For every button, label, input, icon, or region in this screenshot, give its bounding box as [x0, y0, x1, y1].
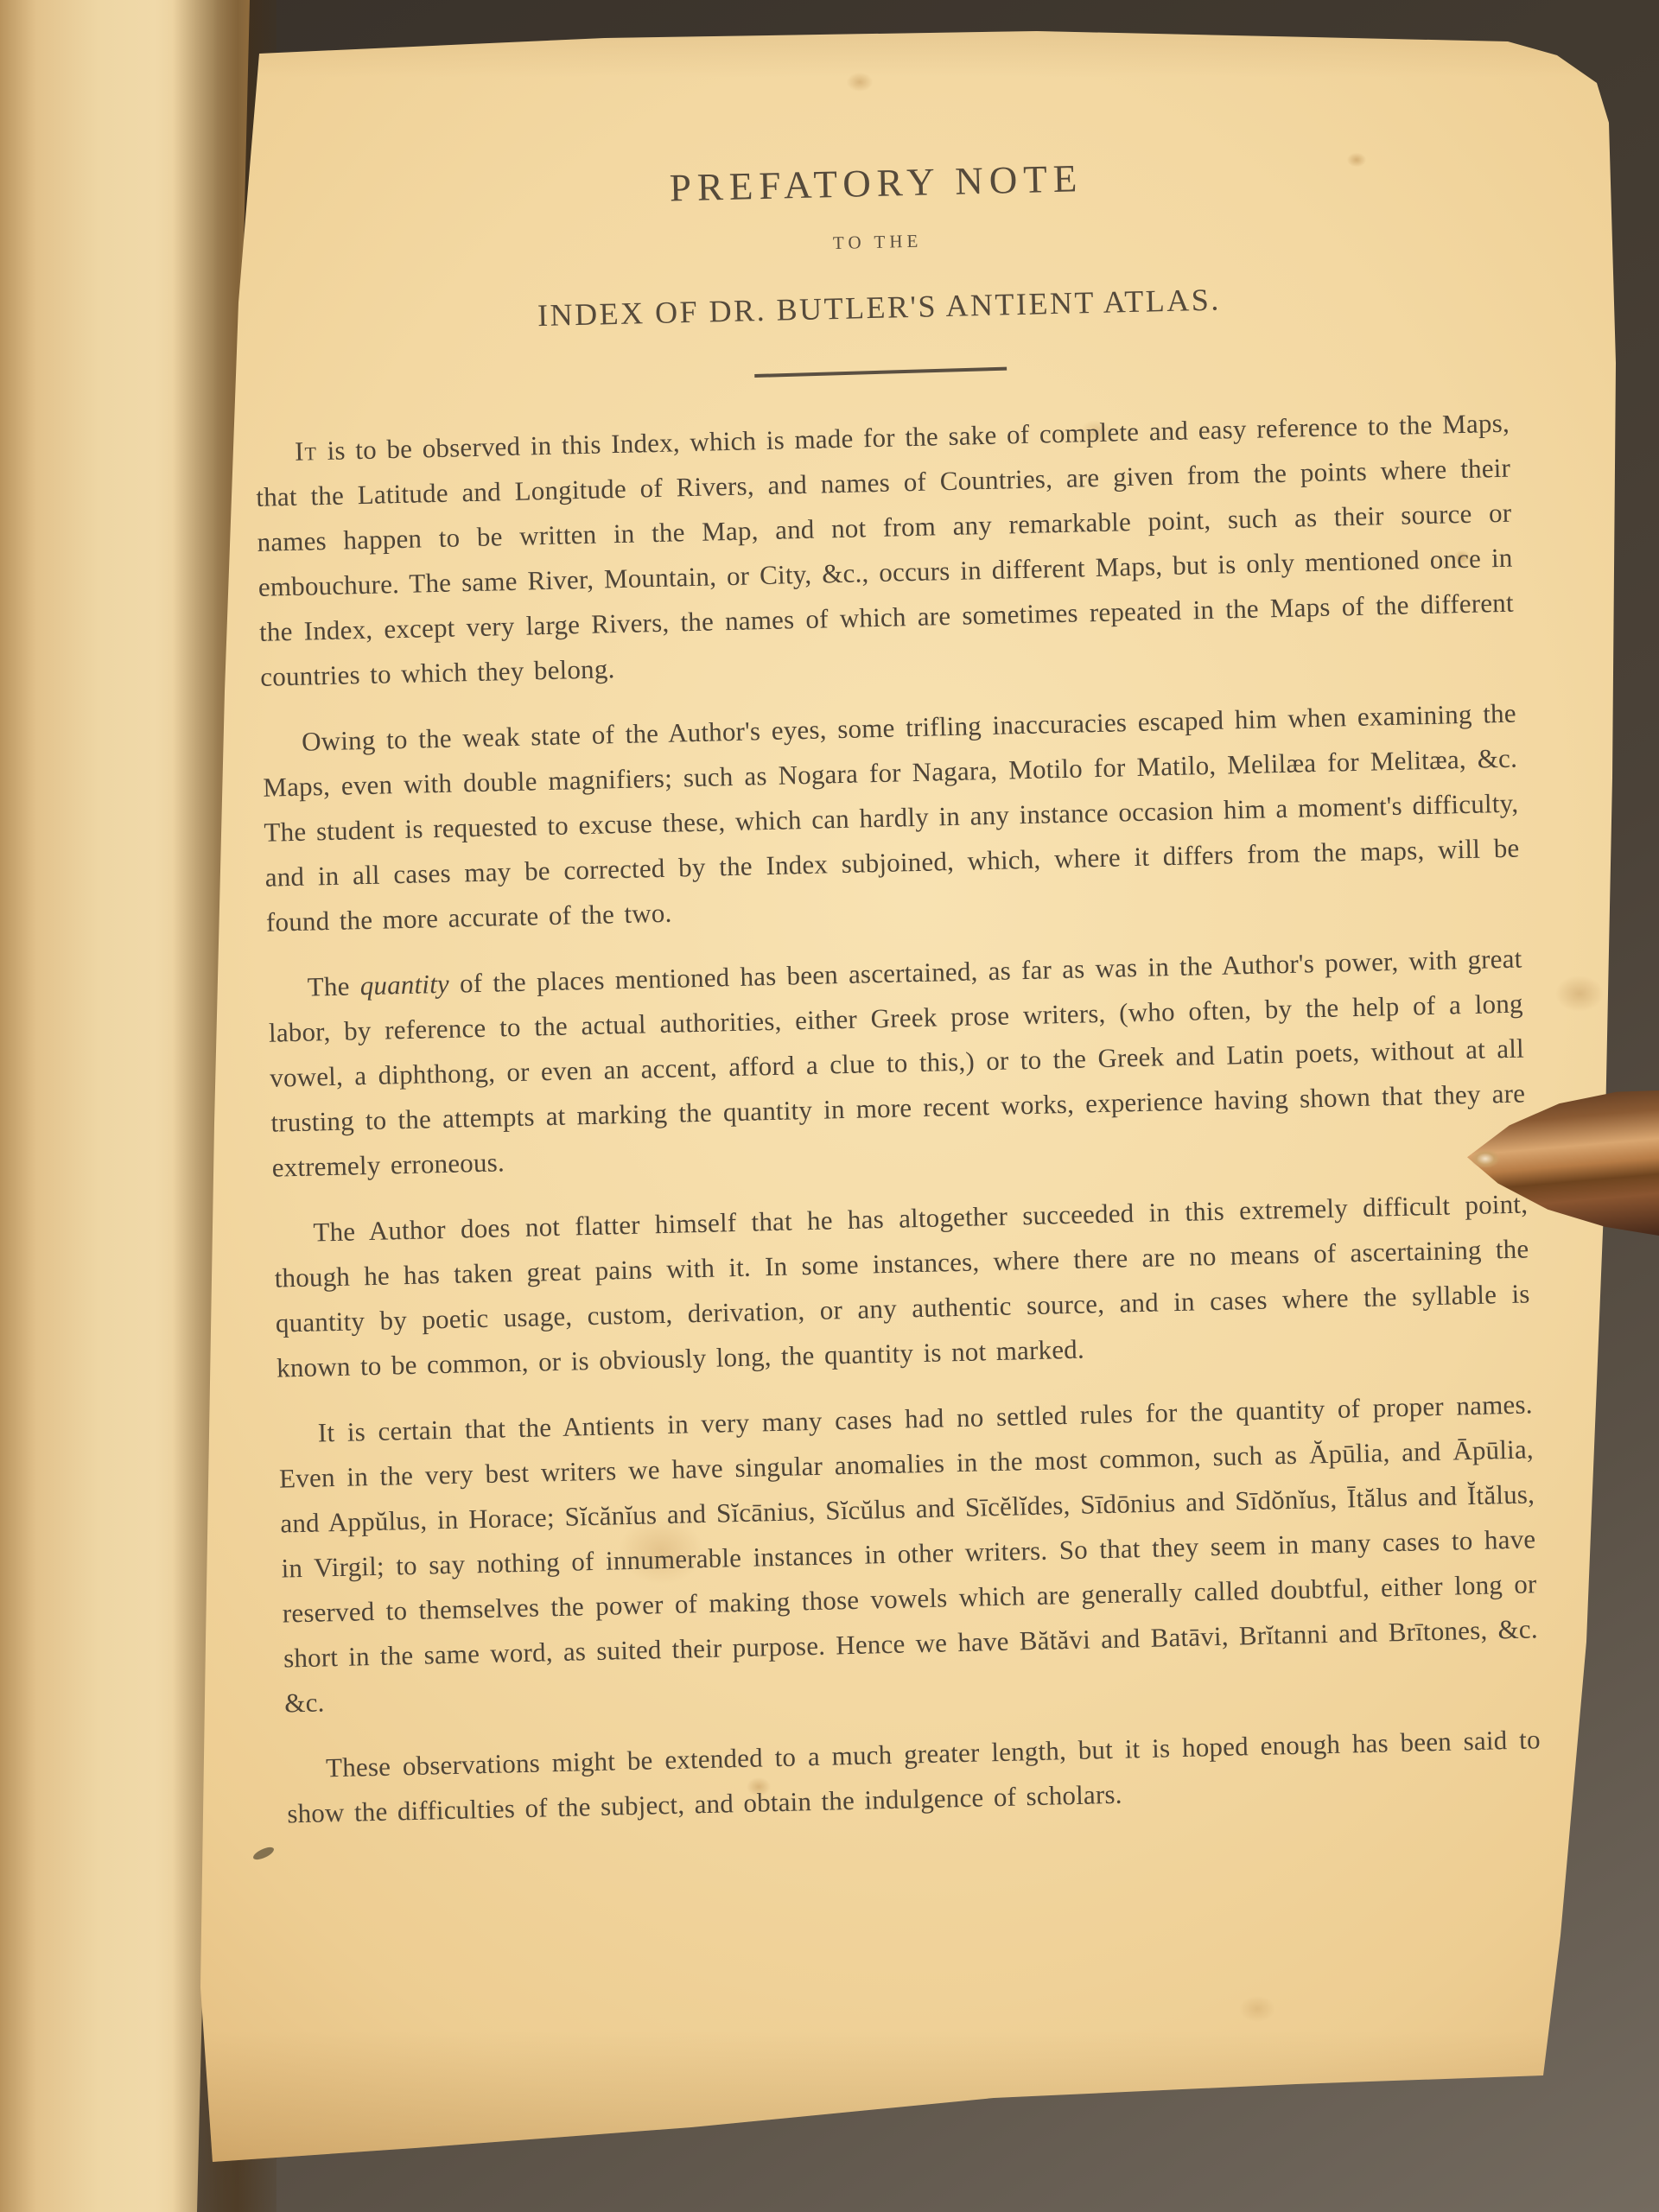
paragraph-5-text: It is certain that the Antients in very … — [279, 1389, 1538, 1718]
paragraph-1: It is to be observed in this Index, whic… — [255, 401, 1516, 700]
paragraph-2: Owing to the weak state of the Author's … — [262, 691, 1522, 945]
paragraph-3-italic: quantity — [359, 969, 449, 1001]
page-text-block: PREFATORY NOTE TO THE INDEX OF DR. BUTLE… — [246, 63, 1542, 1858]
paragraph-3-text: of the places mentioned has been ascerta… — [269, 944, 1526, 1183]
paragraph-2-text: Owing to the weak state of the Author's … — [263, 698, 1520, 938]
paragraph-6: These observations might be extended to … — [285, 1717, 1541, 1836]
paragraph-4: The Author does not flatter himself that… — [273, 1181, 1531, 1390]
paragraph-4-text: The Author does not flatter himself that… — [274, 1188, 1530, 1382]
paragraph-3-pre: The — [307, 970, 360, 1001]
book-clasp-highlight-icon — [1471, 1149, 1500, 1168]
heading-rule — [754, 367, 1007, 378]
paragraph-5: It is certain that the Antients in very … — [277, 1382, 1539, 1726]
paragraph-1-text: is to be observed in this Index, which i… — [256, 408, 1514, 692]
body-copy: It is to be observed in this Index, whic… — [255, 401, 1542, 1837]
page-subtitle-small: TO THE — [251, 217, 1505, 268]
page-subtitle: INDEX OF DR. BUTLER'S ANTIENT ATLAS. — [251, 275, 1507, 340]
book-page: PREFATORY NOTE TO THE INDEX OF DR. BUTLE… — [0, 0, 1659, 2212]
paragraph-1-lead: It — [295, 435, 318, 467]
page-heading: PREFATORY NOTE TO THE INDEX OF DR. BUTLE… — [249, 146, 1508, 389]
page-title: PREFATORY NOTE — [249, 146, 1504, 220]
paragraph-3: The quantity of the places mentioned has… — [267, 937, 1527, 1191]
paragraph-6-text: These observations might be extended to … — [287, 1724, 1541, 1828]
